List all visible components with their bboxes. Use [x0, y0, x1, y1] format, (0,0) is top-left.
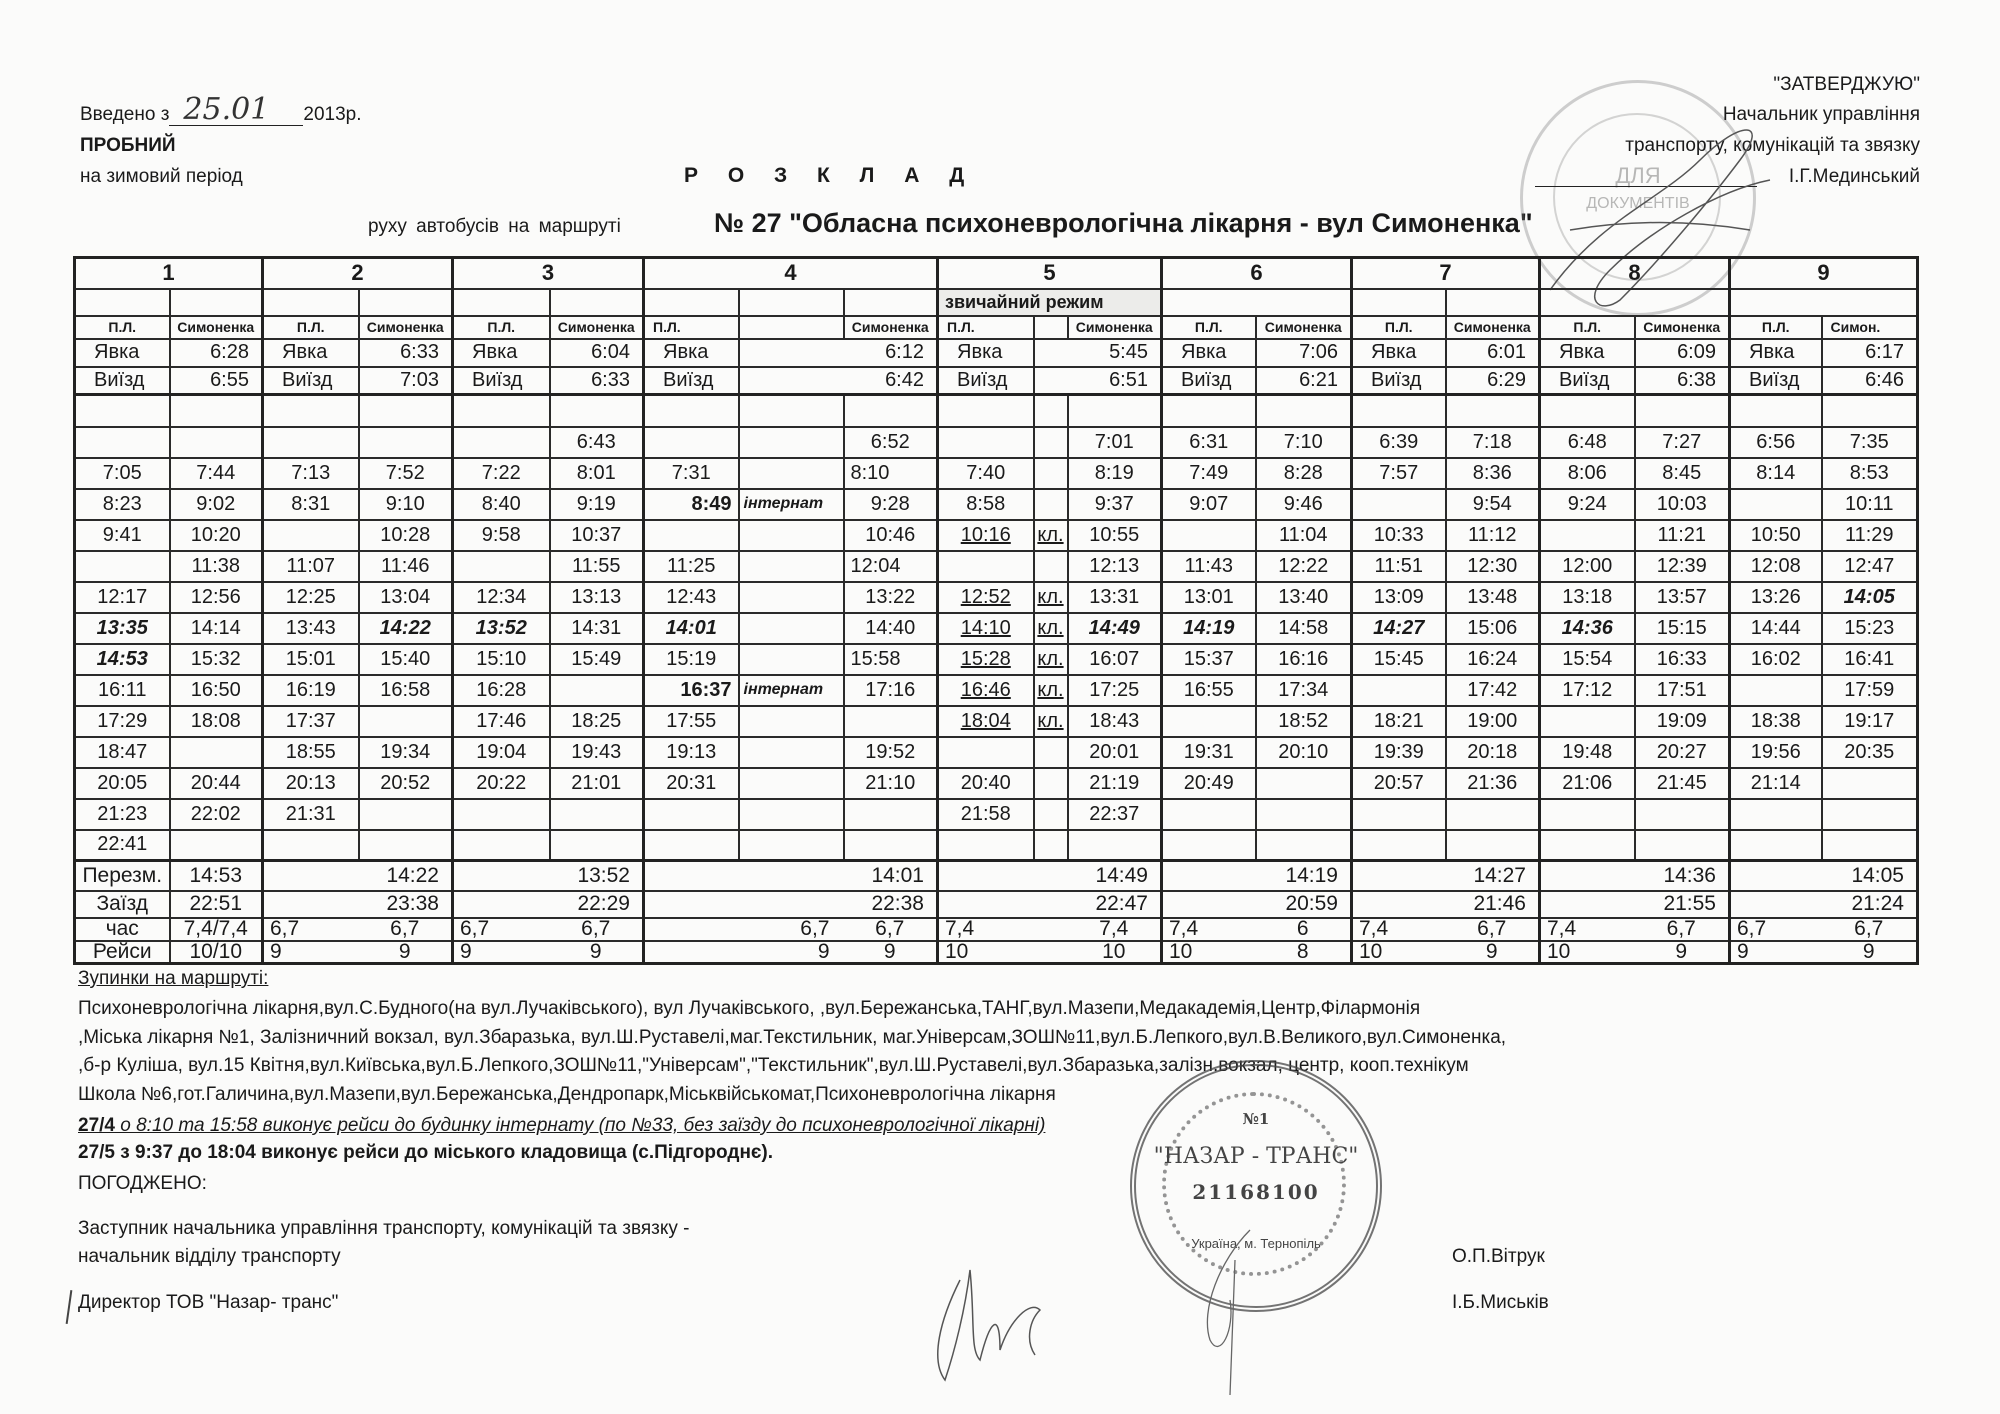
time-cell: 17:29: [75, 706, 170, 737]
col-empty: [739, 316, 844, 339]
time-cell: 10:33: [1352, 520, 1446, 551]
time-cell: [359, 830, 453, 861]
time-cell: 12:17: [75, 582, 170, 613]
time-cell: 16:58: [359, 675, 453, 706]
deputy-title-1: Заступник начальника управління транспор…: [78, 1218, 690, 1240]
time-cell: [739, 613, 844, 644]
row-label: Явка: [938, 339, 1034, 367]
time-cell: 9:24: [1540, 489, 1635, 520]
time-cell: [1822, 799, 1918, 830]
summary-value: 6,7: [550, 918, 644, 941]
time-cell: [1822, 768, 1918, 799]
time-cell: 12:00: [1540, 551, 1635, 582]
time-cell: 17:25: [1068, 675, 1162, 706]
time-cell: 18:43: [1068, 706, 1162, 737]
note-internat: 27/4 о 8:10 та 15:58 виконує рейси до бу…: [78, 1115, 1045, 1137]
time-cell: [1034, 458, 1068, 489]
cell: [1540, 289, 1730, 316]
row-label: Виїзд: [938, 367, 1034, 395]
time-cell: 20:49: [1162, 768, 1256, 799]
time-cell: 14:27: [1352, 613, 1446, 644]
row-label: Виїзд: [453, 367, 550, 395]
time-cell: 9:07: [1162, 489, 1256, 520]
time-cell: [739, 799, 844, 830]
time-cell: 6:38: [1635, 367, 1730, 395]
time-cell: 10:50: [1730, 520, 1822, 551]
time-cell: 18:25: [550, 706, 644, 737]
timetable-row: 21:2322:0221:3121:5822:37: [75, 799, 1918, 830]
time-cell: 14:36: [1540, 613, 1635, 644]
time-cell: 20:40: [938, 768, 1034, 799]
summary-value: 9: [550, 941, 644, 964]
time-cell: 7:03: [359, 367, 453, 395]
yavka-row: Явка6:28Явка6:33Явка6:04Явка6:12Явка5:45…: [75, 339, 1918, 367]
row-label: Явка: [1162, 339, 1256, 367]
time-cell: 8:49: [644, 489, 739, 520]
time-cell: [1446, 395, 1540, 427]
time-cell: [1446, 830, 1540, 861]
time-cell: 19:09: [1635, 706, 1730, 737]
column-header-row: П.Л.Симоненка П.Л.Симоненка П.Л.Симоненк…: [75, 316, 1918, 339]
time-cell: [739, 737, 844, 768]
row-label: Явка: [75, 339, 170, 367]
time-cell: 7:40: [938, 458, 1034, 489]
time-cell: 6:51: [1034, 367, 1162, 395]
time-cell: [1068, 830, 1162, 861]
time-cell: 17:42: [1446, 675, 1540, 706]
col-simon-short: Симон.: [1822, 316, 1918, 339]
time-cell: 9:19: [550, 489, 644, 520]
time-cell: [1822, 395, 1918, 427]
time-cell: [453, 830, 550, 861]
time-cell: 9:28: [844, 489, 938, 520]
time-cell: 20:05: [75, 768, 170, 799]
time-cell: [1034, 799, 1068, 830]
time-cell: 15:54: [1540, 644, 1635, 675]
cemetery-label: кл.: [1034, 520, 1068, 551]
time-cell: 9:46: [1256, 489, 1352, 520]
time-cell: 15:58: [844, 644, 938, 675]
col-simonenka: Симоненка: [359, 316, 453, 339]
time-cell: [739, 427, 844, 458]
time-cell: 8:53: [1822, 458, 1918, 489]
time-cell: 15:45: [1352, 644, 1446, 675]
time-cell: 11:21: [1635, 520, 1730, 551]
stamp-number: №1: [1136, 1110, 1376, 1128]
row-label: Явка: [453, 339, 550, 367]
cell: [170, 289, 263, 316]
time-cell: 21:06: [1540, 768, 1635, 799]
time-cell: 7:52: [359, 458, 453, 489]
time-cell: 18:55: [263, 737, 359, 768]
time-cell: 6:01: [1446, 339, 1540, 367]
col-pl: П.Л.: [1352, 316, 1446, 339]
time-cell: 21:23: [75, 799, 170, 830]
time-cell: 15:40: [359, 644, 453, 675]
col-pl: П.Л.: [1540, 316, 1635, 339]
time-cell: 15:19: [644, 644, 739, 675]
summary-value: 10: [1068, 941, 1162, 964]
time-cell: 20:18: [1446, 737, 1540, 768]
time-cell: 15:49: [550, 644, 644, 675]
time-cell: 22:41: [75, 830, 170, 861]
time-cell: [1162, 520, 1256, 551]
time-cell: 6:48: [1540, 427, 1635, 458]
time-cell: 17:37: [263, 706, 359, 737]
time-cell: [1352, 675, 1446, 706]
summary-value: 10: [1540, 941, 1635, 964]
time-cell: [644, 395, 739, 427]
time-cell: 6:04: [550, 339, 644, 367]
time-cell: 6:46: [1822, 367, 1918, 395]
time-cell: 7:10: [1256, 427, 1352, 458]
time-cell: [170, 830, 263, 861]
time-cell: [1540, 830, 1635, 861]
time-cell: 16:02: [1730, 644, 1822, 675]
time-cell: 19:48: [1540, 737, 1635, 768]
time-cell: 16:33: [1635, 644, 1730, 675]
row-label: Виїзд: [644, 367, 739, 395]
time-cell: 13:40: [1256, 582, 1352, 613]
time-cell: 8:10: [844, 458, 938, 489]
time-cell: 12:56: [170, 582, 263, 613]
time-cell: [1256, 830, 1352, 861]
time-cell: 20:31: [644, 768, 739, 799]
col-simonenka: Симоненка: [1256, 316, 1352, 339]
time-cell: 19:56: [1730, 737, 1822, 768]
timetable-row: 14:5315:3215:0115:4015:1015:4915:1915:58…: [75, 644, 1918, 675]
timetable-row: 13:3514:1413:4314:2213:5214:3114:0114:40…: [75, 613, 1918, 644]
cell: [359, 289, 453, 316]
bus-header-2: 2: [263, 258, 453, 289]
time-cell: 13:18: [1540, 582, 1635, 613]
time-cell: 21:45: [1635, 768, 1730, 799]
time-cell: 9:02: [170, 489, 263, 520]
summary-value: 14:49: [938, 861, 1162, 891]
route-title: № 27 "Обласна психоневрологічна лікарня …: [714, 208, 1533, 239]
time-cell: 10:28: [359, 520, 453, 551]
introduced-prefix: Введено з: [80, 104, 169, 125]
time-cell: 21:19: [1068, 768, 1162, 799]
summary-value: 7,4/7,4: [170, 918, 263, 941]
time-cell: 7:31: [644, 458, 739, 489]
schedule-heading: Р О З К Л А Д: [684, 164, 976, 188]
row-label: Виїзд: [1540, 367, 1635, 395]
row-label: Виїзд: [75, 367, 170, 395]
time-cell: [1034, 830, 1068, 861]
cell: [75, 289, 170, 316]
time-cell: 14:14: [170, 613, 263, 644]
time-cell: 12:22: [1256, 551, 1352, 582]
summary-value: 14:36: [1540, 861, 1730, 891]
cemetery-label: кл.: [1034, 706, 1068, 737]
time-cell: 11:38: [170, 551, 263, 582]
time-cell: [938, 737, 1034, 768]
summary-value: 13:52: [453, 861, 644, 891]
time-cell: 11:29: [1822, 520, 1918, 551]
col-simonenka: Симоненка: [844, 316, 938, 339]
time-cell: 6:56: [1730, 427, 1822, 458]
bus-header-4: 4: [644, 258, 938, 289]
time-cell: 13:13: [550, 582, 644, 613]
summary-label: Заїзд: [75, 891, 170, 918]
time-cell: [844, 830, 938, 861]
time-cell: 13:35: [75, 613, 170, 644]
time-cell: [1256, 768, 1352, 799]
col-pl: П.Л.: [644, 316, 739, 339]
time-cell: 17:46: [453, 706, 550, 737]
time-cell: 14:44: [1730, 613, 1822, 644]
time-cell: 14:05: [1822, 582, 1918, 613]
summary-value: 6: [1256, 918, 1352, 941]
time-cell: 19:34: [359, 737, 453, 768]
summary-value: 6,7: [263, 918, 359, 941]
time-cell: 7:35: [1822, 427, 1918, 458]
time-cell: [844, 799, 938, 830]
time-cell: [1540, 520, 1635, 551]
time-cell: 14:58: [1256, 613, 1352, 644]
time-cell: 12:39: [1635, 551, 1730, 582]
time-cell: [1162, 395, 1256, 427]
time-cell: 11:43: [1162, 551, 1256, 582]
summary-value: 22:29: [453, 891, 644, 918]
time-cell: 20:35: [1822, 737, 1918, 768]
time-cell: 7:57: [1352, 458, 1446, 489]
time-cell: [739, 768, 844, 799]
summary-value: 9: [644, 941, 844, 964]
cemetery-label: кл.: [1034, 582, 1068, 613]
summary-value: 20:59: [1162, 891, 1352, 918]
time-cell: 11:55: [550, 551, 644, 582]
time-cell: 9:37: [1068, 489, 1162, 520]
time-cell: 7:27: [1635, 427, 1730, 458]
time-cell: 15:15: [1635, 613, 1730, 644]
time-cell: [453, 799, 550, 830]
time-cell: 12:43: [644, 582, 739, 613]
time-cell: [1162, 706, 1256, 737]
time-cell: 19:31: [1162, 737, 1256, 768]
time-cell: 8:31: [263, 489, 359, 520]
bus-header-3: 3: [453, 258, 644, 289]
time-cell: [1352, 799, 1446, 830]
time-cell: [844, 706, 938, 737]
time-cell: 11:25: [644, 551, 739, 582]
time-cell: [1730, 489, 1822, 520]
time-cell: 6:29: [1446, 367, 1540, 395]
stops-line-1: Психоневрологічна лікарня,вул.С.Будного(…: [78, 998, 1420, 1020]
time-cell: 10:46: [844, 520, 938, 551]
time-cell: 12:52: [938, 582, 1034, 613]
bus-header-7: 7: [1352, 258, 1540, 289]
col-pl: П.Л.: [1730, 316, 1822, 339]
time-cell: [170, 427, 263, 458]
summary-value: 6,7: [844, 918, 938, 941]
time-cell: 16:11: [75, 675, 170, 706]
time-cell: [1034, 489, 1068, 520]
time-cell: 19:52: [844, 737, 938, 768]
time-cell: [938, 427, 1034, 458]
time-cell: 17:12: [1540, 675, 1635, 706]
agreed-label: ПОГОДЖЕНО:: [78, 1173, 207, 1195]
summary-value: 9: [1822, 941, 1918, 964]
time-cell: 18:04: [938, 706, 1034, 737]
stops-title-text: Зупинки на маршруті:: [78, 968, 268, 989]
row-label: Виїзд: [1730, 367, 1822, 395]
time-cell: [170, 395, 263, 427]
summary-value: 7,4: [1162, 918, 1256, 941]
bus-number-row: 1 2 3 4 5 6 7 8 9: [75, 258, 1918, 289]
time-cell: 8:28: [1256, 458, 1352, 489]
col-pl: П.Л.: [453, 316, 550, 339]
time-cell: [263, 395, 359, 427]
time-cell: 9:10: [359, 489, 453, 520]
time-cell: 18:38: [1730, 706, 1822, 737]
approval-title: "ЗАТВЕРДЖУЮ": [1773, 74, 1920, 96]
summary-value: 8: [1256, 941, 1352, 964]
time-cell: 22:37: [1068, 799, 1162, 830]
time-cell: [1540, 395, 1635, 427]
time-cell: 6:42: [739, 367, 938, 395]
time-cell: 6:39: [1352, 427, 1446, 458]
time-cell: 13:09: [1352, 582, 1446, 613]
time-cell: 6:33: [550, 367, 644, 395]
stops-title: Зупинки на маршруті:: [78, 968, 268, 990]
time-cell: [550, 395, 644, 427]
cemetery-label: кл.: [1034, 613, 1068, 644]
summary-value: 14:19: [1162, 861, 1352, 891]
time-cell: [1352, 830, 1446, 861]
bus-header-6: 6: [1162, 258, 1352, 289]
time-cell: 8:58: [938, 489, 1034, 520]
introduced-suffix: 2013р.: [303, 104, 361, 125]
time-cell: 12:34: [453, 582, 550, 613]
summary-value: 9: [453, 941, 550, 964]
time-cell: [1352, 489, 1446, 520]
time-cell: 7:13: [263, 458, 359, 489]
timetable-row: 8:239:028:319:108:409:198:49інтернат9:28…: [75, 489, 1918, 520]
director-name: І.Б.Миськів: [1452, 1292, 1549, 1314]
time-cell: [1034, 737, 1068, 768]
approval-name: І.Г.Мединський: [1789, 166, 1920, 188]
margin-mark: [66, 1290, 72, 1324]
stamp-company-name: "НАЗАР - ТРАНС": [1136, 1144, 1376, 1169]
time-cell: [75, 427, 170, 458]
summary-value: 14:27: [1352, 861, 1540, 891]
time-cell: [644, 427, 739, 458]
summary-value: 6,7: [1635, 918, 1730, 941]
time-cell: 17:59: [1822, 675, 1918, 706]
row-label: Явка: [1352, 339, 1446, 367]
summary-value: 7,4: [938, 918, 1068, 941]
time-cell: 8:36: [1446, 458, 1540, 489]
time-cell: 13:57: [1635, 582, 1730, 613]
time-cell: 16:37: [644, 675, 739, 706]
time-cell: 20:57: [1352, 768, 1446, 799]
summary-value: 9: [263, 941, 359, 964]
summary-value: 14:01: [644, 861, 938, 891]
time-cell: 20:10: [1256, 737, 1352, 768]
time-cell: [1635, 395, 1730, 427]
time-cell: [75, 395, 170, 427]
time-cell: 20:44: [170, 768, 263, 799]
time-cell: 18:47: [75, 737, 170, 768]
time-cell: [1635, 830, 1730, 861]
time-cell: 13:43: [263, 613, 359, 644]
time-cell: 12:08: [1730, 551, 1822, 582]
time-cell: 11:07: [263, 551, 359, 582]
time-cell: [1162, 830, 1256, 861]
timetable-row: 22:41: [75, 830, 1918, 861]
time-cell: 12:25: [263, 582, 359, 613]
time-cell: [938, 395, 1034, 427]
time-cell: [75, 551, 170, 582]
note-internat-text: о 8:10 та 15:58 виконує рейси до будинку…: [115, 1115, 1045, 1136]
summary-value: 6,7: [1822, 918, 1918, 941]
col-simonenka: Симоненка: [1446, 316, 1540, 339]
bus-header-5: 5: [938, 258, 1162, 289]
col-simonenka: Симоненка: [1068, 316, 1162, 339]
summary-value: 10: [1162, 941, 1256, 964]
cell: [1162, 289, 1352, 316]
time-cell: 6:21: [1256, 367, 1352, 395]
time-cell: 15:10: [453, 644, 550, 675]
date-blank: 25.01: [169, 105, 303, 126]
time-cell: [844, 395, 938, 427]
handwritten-date: 25.01: [183, 92, 269, 127]
row-label: Виїзд: [1352, 367, 1446, 395]
time-cell: [1540, 706, 1635, 737]
schedule-table: 1 2 3 4 5 6 7 8 9 звичайний режим П.Л.Си…: [73, 256, 1919, 965]
time-cell: 10:37: [550, 520, 644, 551]
time-cell: [644, 799, 739, 830]
time-cell: [644, 520, 739, 551]
time-cell: 15:23: [1822, 613, 1918, 644]
timetable-row: 12:1712:5612:2513:0412:3413:1312:4313:22…: [75, 582, 1918, 613]
time-cell: [359, 706, 453, 737]
cemetery-label: кл.: [1034, 675, 1068, 706]
cell: [739, 289, 844, 316]
vyizd-row: Виїзд6:55Виїзд7:03Виїзд6:33Виїзд6:42Виїз…: [75, 367, 1918, 395]
time-cell: 9:54: [1446, 489, 1540, 520]
summary-value: 6,7: [644, 918, 844, 941]
internat-label: інтернат: [739, 675, 844, 706]
summary-value: 10/10: [170, 941, 263, 964]
time-cell: 16:28: [453, 675, 550, 706]
bus-header-9: 9: [1730, 258, 1918, 289]
summary-value: 9: [1446, 941, 1540, 964]
time-cell: [550, 675, 644, 706]
time-cell: 19:39: [1352, 737, 1446, 768]
timetable-row: 9:4110:2010:289:5810:3710:4610:16кл.10:5…: [75, 520, 1918, 551]
time-cell: 13:04: [359, 582, 453, 613]
time-cell: 8:01: [550, 458, 644, 489]
time-cell: [1446, 799, 1540, 830]
deputy-name: О.П.Вітрук: [1452, 1246, 1545, 1268]
summary-value: 14:53: [170, 861, 263, 891]
time-cell: 15:06: [1446, 613, 1540, 644]
time-cell: 6:55: [170, 367, 263, 395]
time-cell: [644, 830, 739, 861]
time-cell: 13:26: [1730, 582, 1822, 613]
time-cell: [453, 395, 550, 427]
time-cell: [1034, 395, 1068, 427]
time-cell: [739, 520, 844, 551]
time-cell: 20:27: [1635, 737, 1730, 768]
time-cell: 9:41: [75, 520, 170, 551]
time-cell: 8:45: [1635, 458, 1730, 489]
trial-label: ПРОБНИЙ: [80, 135, 176, 157]
time-cell: 8:23: [75, 489, 170, 520]
